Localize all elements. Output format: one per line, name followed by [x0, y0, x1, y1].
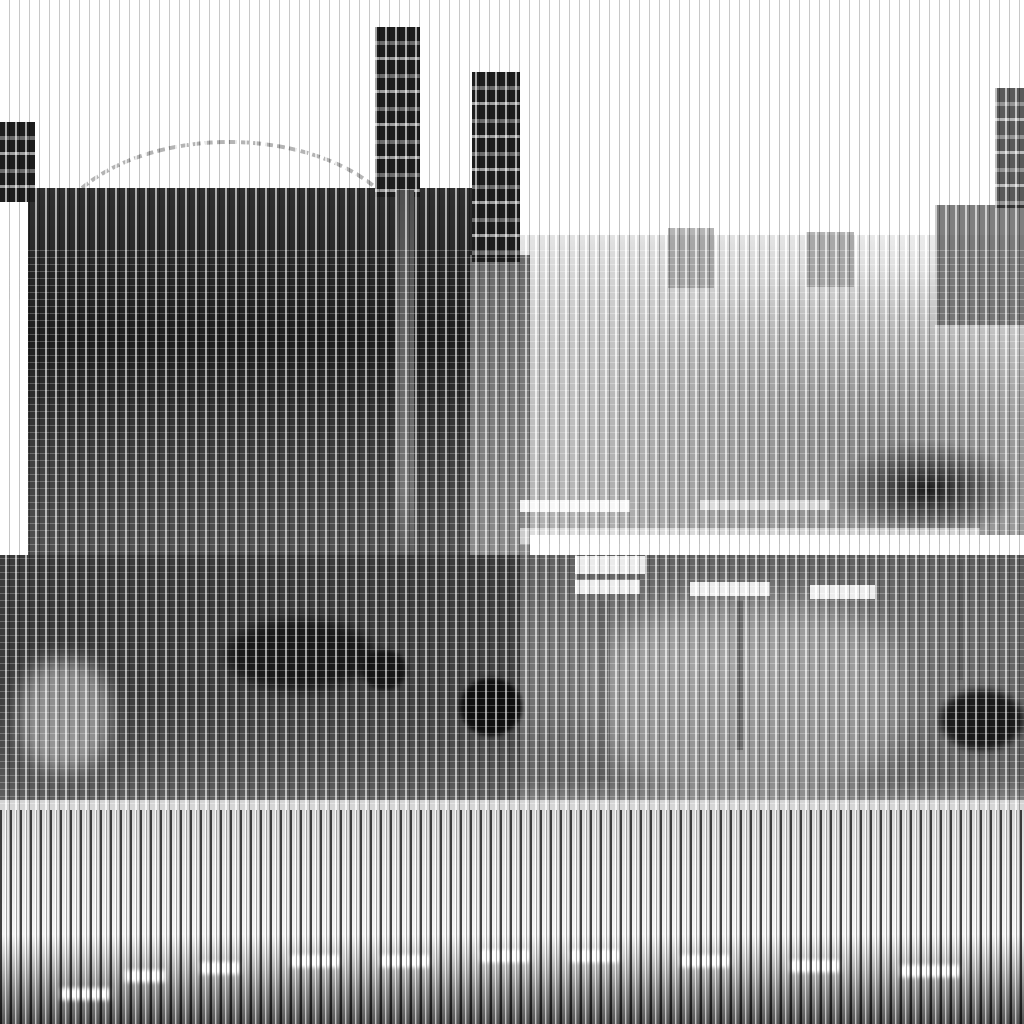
- foreground-highlight: [290, 955, 340, 967]
- plaza-slab: [575, 556, 645, 574]
- plaza-slab: [700, 500, 830, 510]
- distant-tower: [668, 228, 714, 288]
- chimney-tall: [375, 27, 420, 197]
- plaza-slab: [690, 582, 770, 596]
- foreground-highlight: [680, 955, 730, 967]
- dark-object: [460, 678, 522, 736]
- industrial-glitch-scene: Grayscale glitch-art / text-mosaic rende…: [0, 0, 1024, 1024]
- chimney-right-edge: [995, 88, 1024, 208]
- distant-tower: [806, 232, 854, 287]
- foreground-highlight: [200, 962, 240, 974]
- chimney-left-edge: [0, 122, 35, 202]
- foreground-highlight: [570, 950, 620, 962]
- dark-shadow: [225, 620, 375, 690]
- structure-post: [735, 600, 743, 750]
- right-building-block: [935, 205, 1024, 325]
- plaza-slab: [810, 585, 875, 599]
- light-patch: [20, 660, 110, 770]
- foreground-highlight: [790, 960, 840, 972]
- foreground-highlight: [900, 965, 960, 977]
- dark-shadow: [940, 690, 1024, 750]
- plaza-slab: [575, 580, 640, 594]
- plaza-slab: [520, 528, 980, 544]
- right-shadow: [830, 440, 1024, 530]
- dark-object: [362, 650, 407, 690]
- foreground-highlight: [480, 950, 530, 962]
- foreground: [0, 800, 1024, 1024]
- plaza-slab: [520, 500, 630, 512]
- foreground-highlight: [60, 988, 110, 1000]
- foreground-highlight: [125, 970, 165, 982]
- light-patch: [600, 600, 900, 800]
- structure-post: [600, 600, 608, 780]
- chimney-second: [472, 72, 520, 262]
- structure-post: [955, 560, 963, 680]
- foreground-highlight: [380, 955, 430, 967]
